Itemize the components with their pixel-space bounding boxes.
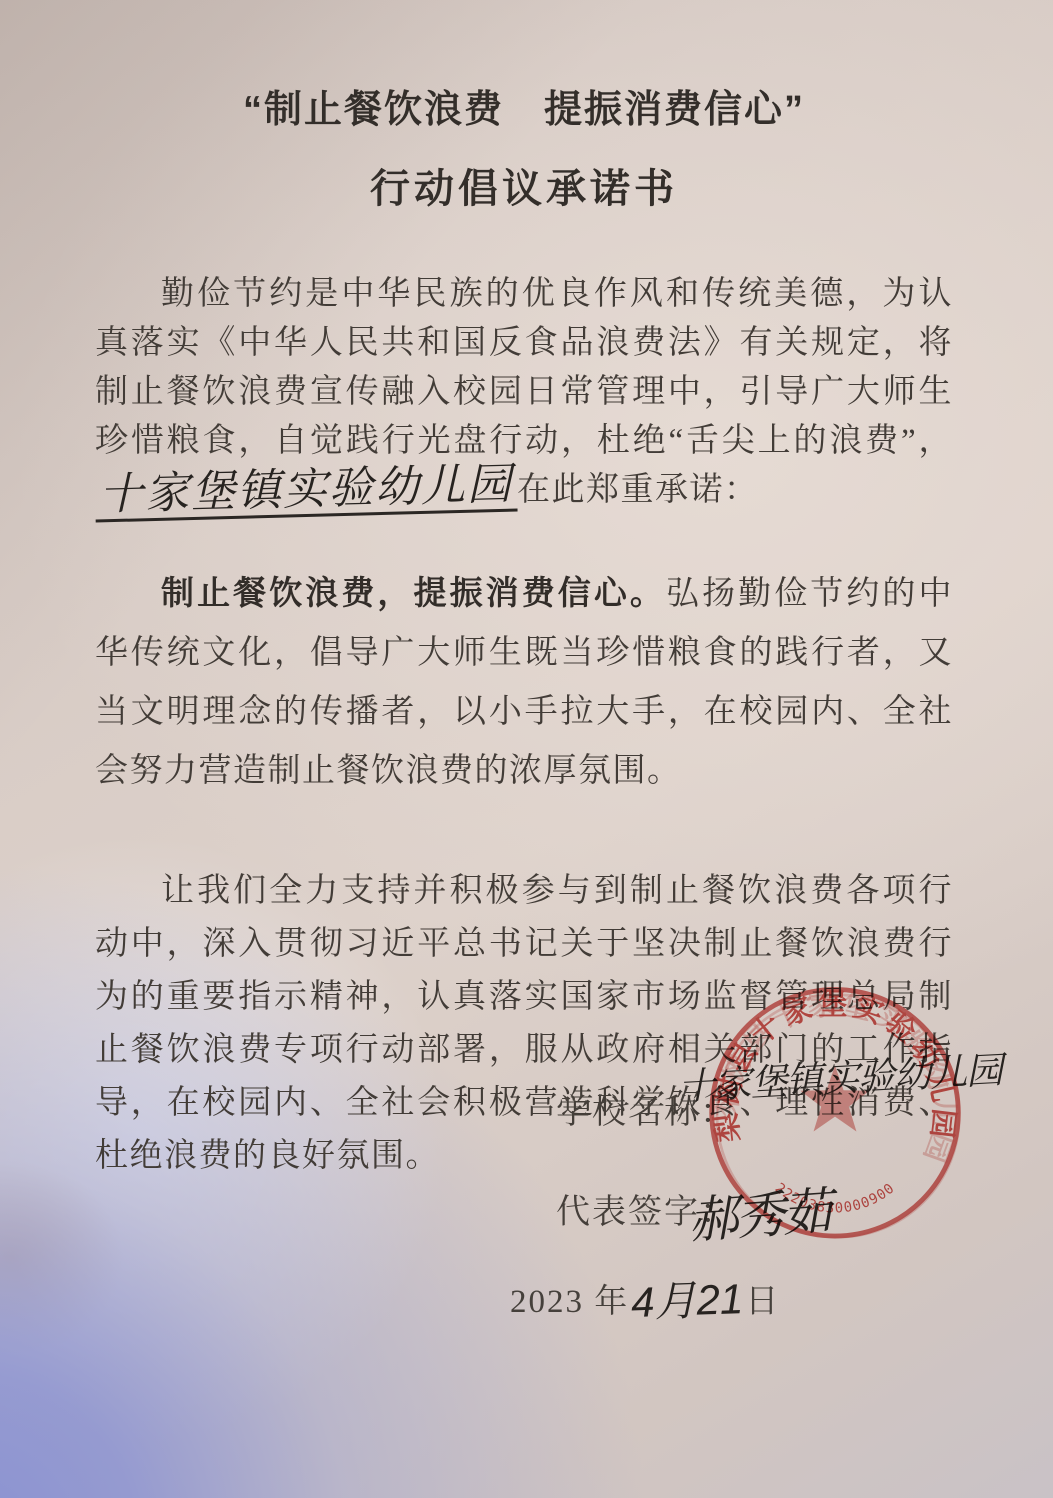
commitment-slogan-bold: 制止餐饮浪费，提振消费信心。 <box>161 574 666 611</box>
intro-text-after-school: 在此郑重承诺： <box>517 472 759 508</box>
svg-text:22203830000900: 22203830000900 <box>772 1180 898 1216</box>
intro-text-before-school: 勤俭节约是中华民族的优良作风和传统美德，为认真落实《中华人民共和国反食品浪费法》… <box>95 276 953 459</box>
date-year-printed: 2023 年 <box>510 1284 629 1320</box>
document-title-line1: “制止餐饮浪费 提振消费信心” <box>95 78 953 133</box>
paragraph-commitment-1: 制止餐饮浪费，提振消费信心。弘扬勤俭节约的中华传统文化，倡导广大师生既当珍惜粮食… <box>95 563 953 801</box>
photographed-document: “制止餐饮浪费 提振消费信心” 行动倡议承诺书 勤俭节约是中华民族的优良作风和传… <box>0 0 1053 1498</box>
handwritten-school-name-inline: 十家堡镇实验幼儿园 <box>94 462 517 522</box>
date-month-day-handwritten: 4月21 <box>628 1266 746 1330</box>
date-day-suffix-printed: 日 <box>745 1284 780 1320</box>
document-title-line2: 行动倡议承诺书 <box>95 157 953 214</box>
paragraph-intro: 勤俭节约是中华民族的优良作风和传统美德，为认真落实《中华人民共和国反食品浪费法》… <box>95 270 953 517</box>
official-seal: 梨树县十家堡实验幼儿园 梨树县十家堡实验幼儿园 22203830000900 <box>690 982 980 1250</box>
seal-serial-number: 22203830000900 <box>772 1180 898 1216</box>
seal-ring-text-ghost: 梨树县十家堡实验幼儿园 <box>707 982 980 1171</box>
svg-text:梨树县十家堡实验幼儿园: 梨树县十家堡实验幼儿园 <box>707 982 980 1171</box>
date-line: 2023 年4月21日 <box>510 1268 780 1328</box>
star-icon <box>800 1066 869 1132</box>
